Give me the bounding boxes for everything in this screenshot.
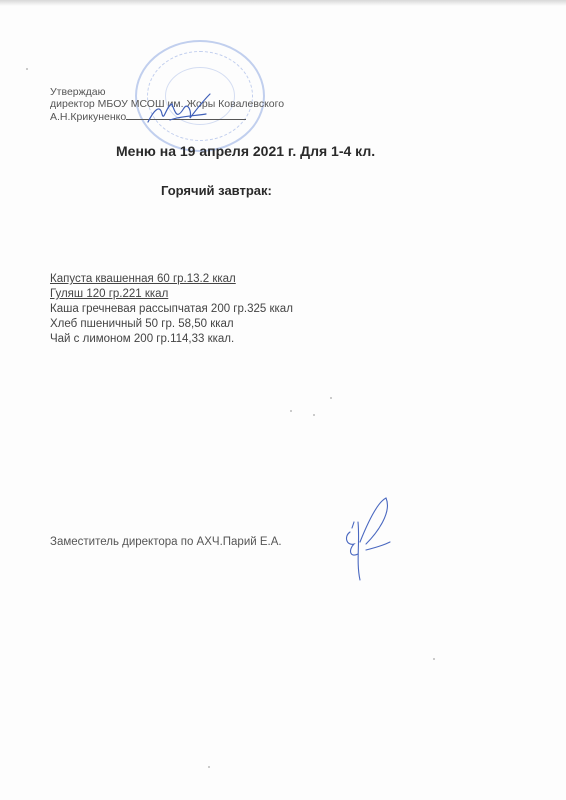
scan-speck [208, 766, 210, 768]
scan-speck [330, 397, 332, 399]
menu-item: Чай с лимоном 200 гр.114,33 ккал. [50, 332, 293, 347]
scan-speck [433, 658, 435, 660]
approval-block: Утверждаю директор МБОУ МСОШ им. Жоры Ко… [50, 86, 284, 123]
menu-list: Капуста квашенная 60 гр.13.2 ккал Гуляш … [50, 272, 293, 347]
meal-heading: Горячий завтрак: [161, 183, 272, 198]
scan-speck [26, 68, 28, 70]
menu-item: Хлеб пшеничный 50 гр. 58,50 ккал [50, 317, 293, 332]
signature-line [126, 110, 246, 120]
scan-speck [313, 414, 315, 416]
scanned-page: Утверждаю директор МБОУ МСОШ им. Жоры Ко… [0, 0, 566, 800]
director-name: А.Н.Крикуненко [50, 111, 126, 123]
page-title: Меню на 19 апреля 2021 г. Для 1-4 кл. [116, 143, 375, 159]
menu-item: Капуста квашенная 60 гр.13.2 ккал [50, 272, 293, 287]
approval-line-name: А.Н.Крикуненко [50, 110, 284, 123]
scan-edge-shadow [0, 0, 566, 6]
menu-item: Каша гречневая рассыпчатая 200 гр.325 кк… [50, 302, 293, 317]
approval-line-approve: Утверждаю [50, 86, 284, 98]
approval-line-director: директор МБОУ МСОШ им. Жоры Ковалевского [50, 98, 284, 110]
deputy-signatory: Заместитель директора по АХЧ.Парий Е.А. [50, 536, 282, 548]
scan-speck [290, 410, 292, 412]
menu-item: Гуляш 120 гр.221 ккал [50, 287, 293, 302]
deputy-signature-icon [338, 492, 398, 582]
